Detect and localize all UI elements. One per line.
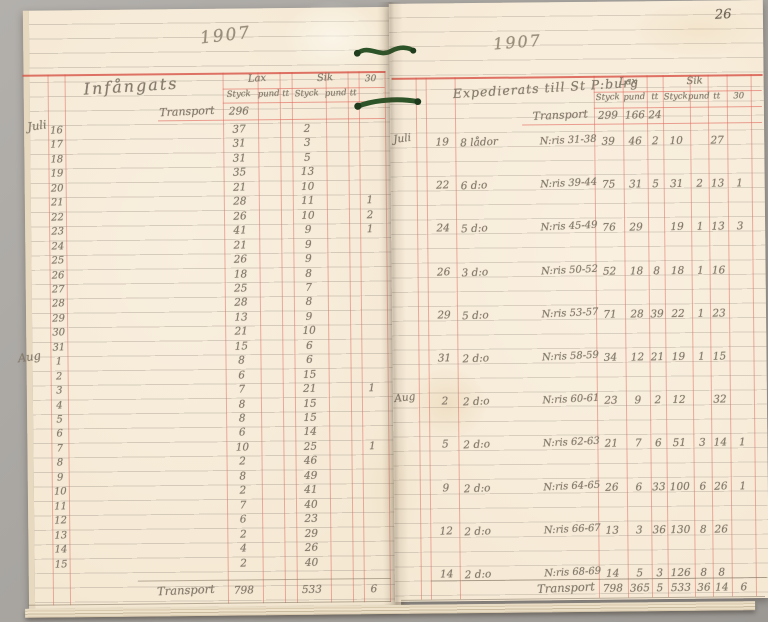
ledger-cell-sik-styck: 11 <box>291 195 325 207</box>
ledger-cell-value: 15 <box>706 351 732 362</box>
ledger-cell-day: 9 <box>46 473 75 484</box>
ledger-cell-lax-styck: 2 <box>223 456 261 467</box>
ledger-cell-day: 30 <box>44 328 73 339</box>
ledger-cell-sik-styck: 10 <box>292 325 326 337</box>
left-footer-lax: 798 <box>225 585 263 597</box>
ledger-cell-value: 8 <box>709 567 735 578</box>
ledger-cell-sik-styck: 15 <box>293 398 327 409</box>
ledger-cell-day: 14 <box>46 545 75 556</box>
ledger-cell-sik-styck: 6 <box>292 340 326 351</box>
ledger-cell-lax-styck: 18 <box>221 268 259 280</box>
ledger-cell-extra: 1 <box>355 195 385 206</box>
ledger-cell-day: 20 <box>43 184 72 195</box>
ledger-cell-lax-styck: 8 <box>223 399 261 411</box>
ledger-cell-value: 21 <box>598 439 624 450</box>
year-right: 1907 <box>493 33 543 53</box>
ledger-cell-lax-styck: 2 <box>224 557 262 569</box>
ledger-cell-day: 31 <box>44 343 73 354</box>
ledger-cell-sik-styck: 14 <box>293 427 327 438</box>
ledger-cell-day: 5 <box>45 415 74 426</box>
ledger-cell-sik-styck: 6 <box>292 354 326 365</box>
ledger-cell-lax-styck: 7 <box>224 500 262 511</box>
ledger-cell-lax-styck: 41 <box>221 225 259 237</box>
right-sub-header: tt <box>704 92 730 102</box>
ledger-cell-sik-styck: 29 <box>294 528 328 539</box>
left-footer-extra: 6 <box>359 584 389 595</box>
ledger-cell-lax-styck: 4 <box>224 543 262 554</box>
ledger-cell-value: 39 <box>595 136 621 147</box>
ledger-cell-lax-styck: 8 <box>223 413 261 424</box>
ledger-cell-value: 13 <box>599 525 625 536</box>
ledger-cell-day: 14 <box>433 569 461 580</box>
ledger-cell-day: 11 <box>46 502 75 513</box>
ledger-cell-sik-styck: 3 <box>290 138 324 149</box>
ledger-cell-sik-styck: 41 <box>294 485 328 496</box>
ledger-cell-value: 1 <box>730 480 756 491</box>
left-footer-label: Transport <box>153 584 219 598</box>
ledger-cell-sik-styck: 15 <box>292 369 326 381</box>
ledger-cell-sik-styck: 40 <box>295 557 329 568</box>
ledger-cell-lax-styck: 28 <box>221 196 259 207</box>
left-sub-header: pund <box>324 89 348 99</box>
ledger-cell-sik-styck: 7 <box>292 282 326 294</box>
ledger-cell-day: 4 <box>45 401 74 412</box>
ledger-cell-sik-styck: 46 <box>293 456 327 468</box>
ledger-cell-value: 12 <box>666 395 692 406</box>
binding-cord-top-icon <box>347 36 423 69</box>
ledger-cell-lax-styck: 6 <box>223 427 261 439</box>
ledger-cell-value: 29 <box>623 222 649 233</box>
left-sub-header: Styck <box>220 90 258 100</box>
ledger-cell-lax-styck: 28 <box>222 297 260 309</box>
ledger-cell-value: 27 <box>704 135 730 146</box>
left-sub-header: pund <box>258 90 280 99</box>
ledger-cell-day: 15 <box>46 559 75 570</box>
ledger-cell-sik-styck: 10 <box>291 181 325 192</box>
ledger-cell-day: 16 <box>42 126 71 137</box>
ledger-cell-lax-styck: 21 <box>221 182 259 194</box>
ledger-cell-lax-styck: 26 <box>221 210 259 222</box>
binding-cord-middle-icon <box>350 90 428 121</box>
ledger-cell-sik-styck: 8 <box>292 297 326 308</box>
ledger-cell-sik-styck: 9 <box>291 254 325 265</box>
ledger-cell-day: 27 <box>44 285 73 296</box>
ledger-cell-value: 1 <box>729 437 755 448</box>
ledger-cell-sik-styck: 21 <box>293 384 327 395</box>
page-number: 26 <box>715 8 732 22</box>
ledger-cell-sik-styck: 10 <box>291 210 325 221</box>
left-last-col-header: 30 <box>357 75 385 84</box>
ledger-cell-lax-styck: 7 <box>223 384 261 396</box>
ledger-cell-value: 14 <box>600 568 626 579</box>
ledger-cell-lax-styck: 8 <box>222 355 260 367</box>
right-footer-value: 6 <box>731 582 757 593</box>
ledger-cell-value: 26 <box>708 524 734 535</box>
ledger-cell-lax-styck: 8 <box>224 471 262 483</box>
ledger-cell-sik-styck: 9 <box>292 311 326 322</box>
ledger-photo: 1907 Infångats Transport 296 Lax Sik 30 … <box>0 0 768 622</box>
ledger-cell-lax-styck: 35 <box>220 167 258 179</box>
ledger-cell-value: 34 <box>597 352 623 363</box>
ledger-cell-sik-styck: 13 <box>290 167 324 178</box>
ledger-cell-value: 52 <box>596 266 622 277</box>
ledger-cell-day: 29 <box>44 314 73 325</box>
left-transport-value: 296 <box>220 106 258 117</box>
ledger-cell-day: 6 <box>45 429 74 440</box>
left-footer-sik: 533 <box>295 584 329 595</box>
ledger-cell-sik-styck: 8 <box>291 268 325 279</box>
right-transport-value: 299 <box>595 110 621 121</box>
ledger-cell-sik-styck: 26 <box>294 542 328 554</box>
ledger-cell-day: 12 <box>46 516 75 527</box>
ledger-cell-value: 16 <box>705 265 731 276</box>
ledger-cell-day: 12 <box>432 526 460 537</box>
ledger-cell-value: 23 <box>706 308 732 319</box>
ledger-cell-value: 3 <box>727 221 753 232</box>
ledger-cell-value: 10 <box>663 136 689 147</box>
ledger-cell-sik-styck: 25 <box>293 441 327 452</box>
left-sub-header: Styck <box>290 89 324 99</box>
ledger-cell-sik-styck: 15 <box>293 412 327 424</box>
right-transport-value: 24 <box>644 110 666 121</box>
ledger-cell-sik-styck: 9 <box>291 239 325 251</box>
ledger-cell-day: 2 <box>431 396 459 407</box>
ledger-cell-day: 22 <box>43 213 72 224</box>
left-transport-label: Transport <box>154 105 220 119</box>
ledger-cell-day: 1 <box>44 357 73 368</box>
ledger-cell-day: 22 <box>429 180 457 191</box>
ledger-cell-day: 13 <box>46 531 75 542</box>
ledger-cell-value: 71 <box>597 309 623 320</box>
ledger-cell-lax-styck: 31 <box>220 138 258 150</box>
ledger-book: 1907 Infångats Transport 296 Lax Sik 30 … <box>0 0 768 622</box>
ledger-cell-day: 5 <box>431 439 459 450</box>
ledger-cell-sik-styck: 5 <box>290 152 324 164</box>
ledger-cell-day: 21 <box>43 198 72 209</box>
ledger-cell-day: 25 <box>43 256 72 267</box>
ledger-cell-lax-styck: 6 <box>223 370 261 381</box>
ledger-cell-lax-styck: 10 <box>223 442 261 454</box>
ledger-cell-day: 9 <box>432 483 460 494</box>
ledger-cell-extra: 1 <box>357 441 387 452</box>
ledger-cell-sik-styck: 49 <box>294 470 328 481</box>
ledger-cell-lax-styck: 2 <box>224 485 262 497</box>
ledger-cell-day: 8 <box>45 458 74 469</box>
ledger-cell-day: 24 <box>43 242 72 253</box>
ledger-cell-extra: 1 <box>357 383 387 394</box>
ledger-cell-value: 26 <box>599 482 625 493</box>
ledger-cell-day: 19 <box>42 169 71 180</box>
ledger-cell-sik-styck: 9 <box>291 224 325 235</box>
ledger-cell-lax-styck: 21 <box>222 326 260 337</box>
ledger-cell-day: 19 <box>428 137 456 148</box>
ledger-cell-lax-styck: 26 <box>221 254 259 266</box>
ledger-cell-day: 24 <box>429 223 457 234</box>
ledger-cell-day: 26 <box>429 266 457 277</box>
ledger-cell-lax-styck: 37 <box>220 124 258 136</box>
ledger-cell-extra: 1 <box>355 224 385 235</box>
ledger-cell-value: 75 <box>596 179 622 190</box>
ledger-cell-value: 1 <box>727 178 753 189</box>
ledger-cell-lax-styck: 6 <box>224 514 262 526</box>
ledger-cell-lax-styck: 25 <box>222 283 260 294</box>
ledger-cell-day: 29 <box>430 310 458 321</box>
ledger-cell-day: 7 <box>45 444 74 455</box>
ledger-cell-day: 31 <box>430 353 458 364</box>
ledger-cell-day: 17 <box>42 140 71 151</box>
right-sub-header: Styck <box>595 93 621 103</box>
ledger-cell-sik-styck: 40 <box>294 499 328 511</box>
ledger-cell-sik-styck: 23 <box>294 514 328 525</box>
ledger-cell-day: 18 <box>42 155 71 166</box>
ledger-cell-lax-styck: 2 <box>224 529 262 541</box>
ledger-cell-value: 23 <box>598 396 624 407</box>
ledger-cell-day: 3 <box>45 386 74 397</box>
ledger-cell-day: 23 <box>43 227 72 238</box>
ledger-cell-value: 76 <box>596 223 622 234</box>
ledger-cell-day: 28 <box>44 299 73 310</box>
ledger-cell-day: 10 <box>46 487 75 498</box>
ledger-cell-lax-styck: 15 <box>222 341 260 353</box>
ledger-cell-day: 2 <box>45 372 74 383</box>
ledger-cell-lax-styck: 31 <box>220 153 258 164</box>
right-footer-value: 798 <box>600 583 626 594</box>
ledger-cell-lax-styck: 13 <box>222 312 260 324</box>
ledger-cell-lax-styck: 21 <box>221 240 259 251</box>
ledger-cell-sik-styck: 2 <box>290 123 324 134</box>
ledger-cell-value: 32 <box>707 394 733 405</box>
ledger-cell-day: 26 <box>43 271 72 282</box>
ledger-cell-extra: 2 <box>355 209 385 220</box>
